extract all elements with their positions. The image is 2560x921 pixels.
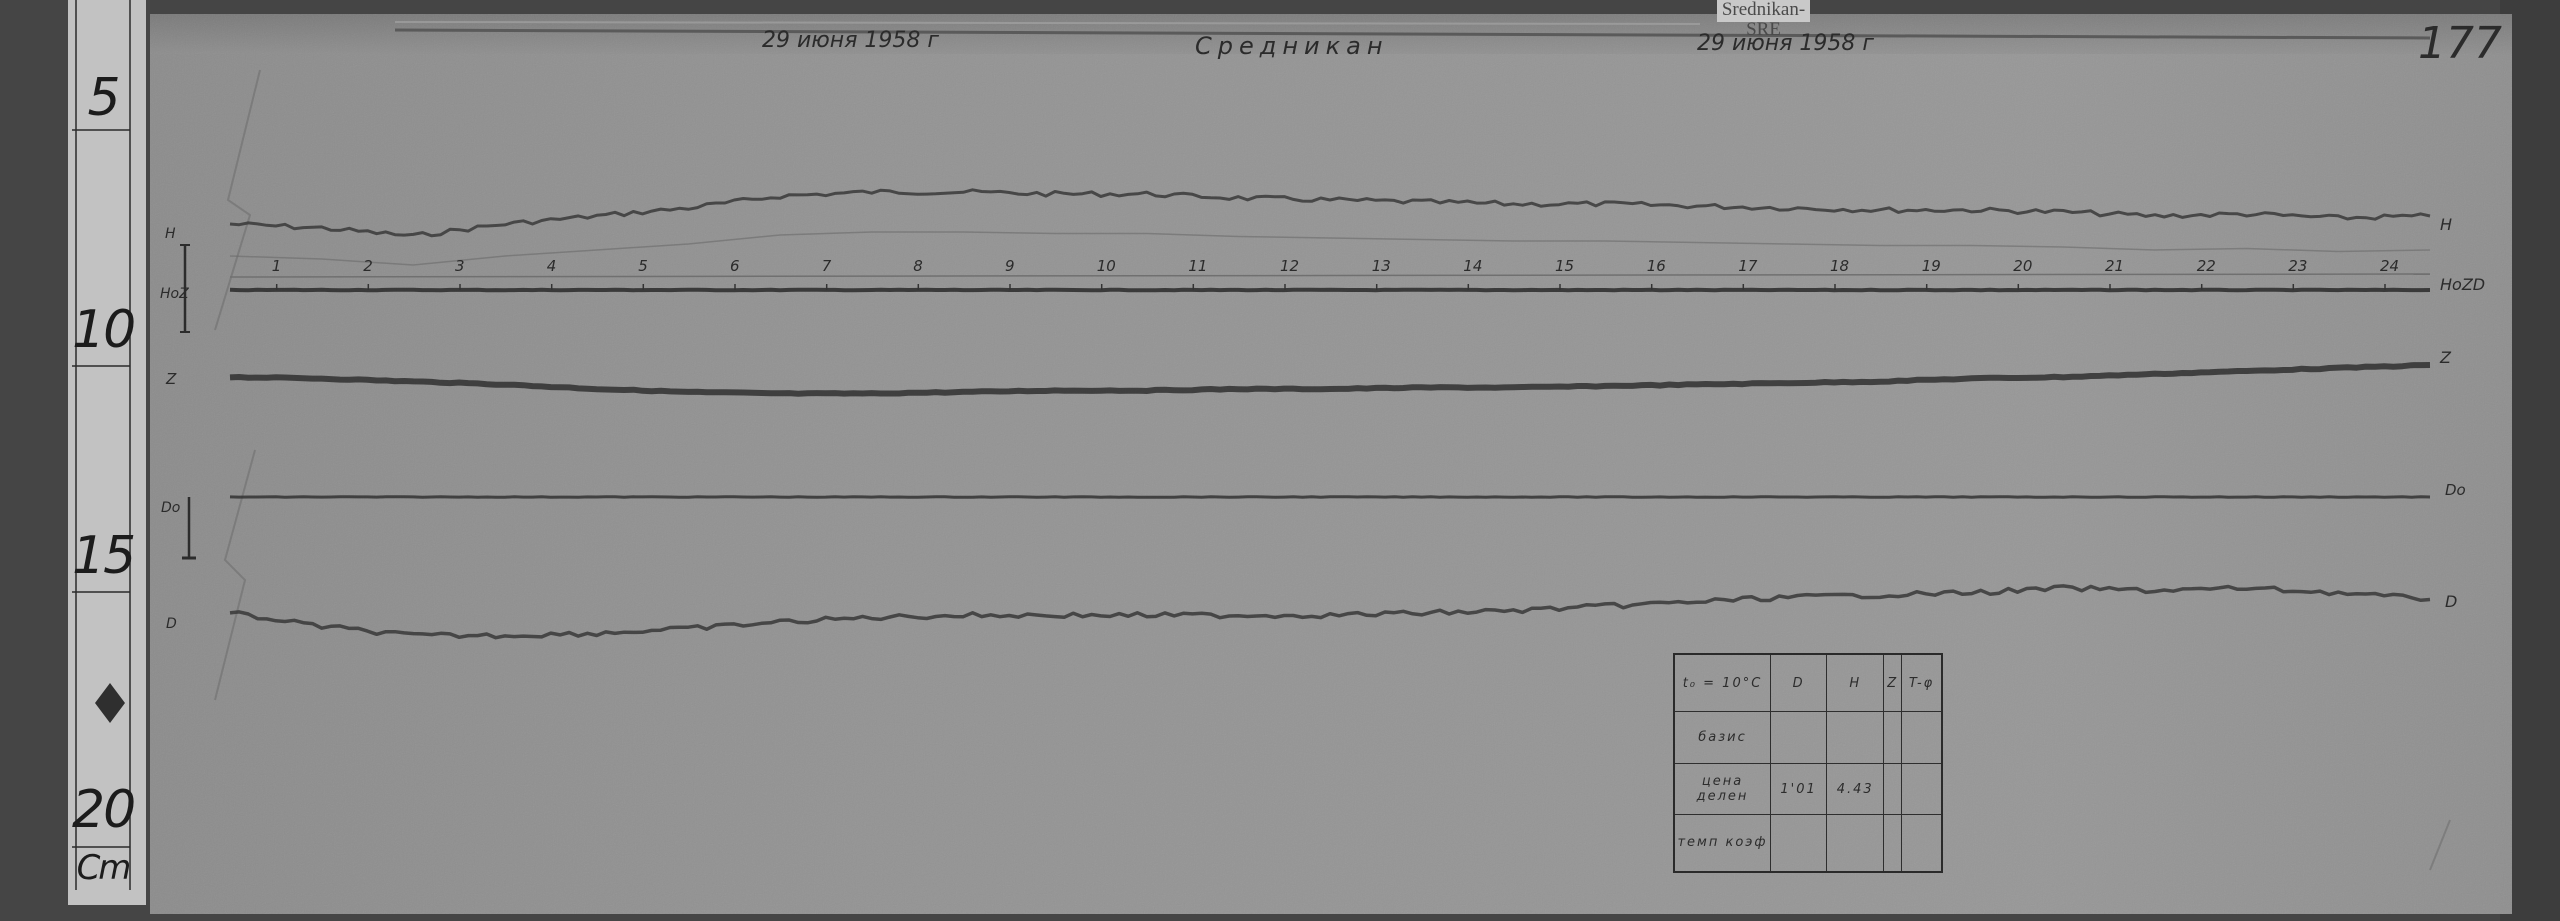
label-d-right: D [2445, 592, 2457, 611]
hour-mark: 18 [1830, 257, 1849, 275]
cell [1902, 712, 1942, 764]
row-label: цена делен [1674, 764, 1771, 814]
row-label: темп коэф [1674, 814, 1771, 872]
table-header-d: D [1771, 654, 1827, 712]
hour-mark: 8 [913, 257, 923, 275]
label-h-right: H [2440, 215, 2452, 234]
hour-mark: 21 [2105, 257, 2124, 275]
hour-mark: 23 [2288, 257, 2307, 275]
label-d0-left: Do [161, 500, 180, 516]
hour-mark: 1 [272, 257, 282, 275]
cell [1902, 814, 1942, 872]
table-row: темп коэф [1674, 814, 1942, 872]
hour-mark: 22 [2197, 257, 2216, 275]
trace-hoz-baseline [230, 290, 2430, 291]
cell [1902, 764, 1942, 814]
sheet-number: 177 [2418, 18, 2502, 69]
hour-mark: 12 [1280, 257, 1299, 275]
trace-do-baseline [230, 497, 2430, 498]
hour-mark: 13 [1372, 257, 1391, 275]
hour-mark: 6 [730, 257, 740, 275]
hour-mark: 24 [2380, 257, 2399, 275]
hour-mark: 9 [1005, 257, 1015, 275]
date-left: 29 июня 1958 г [762, 28, 939, 53]
table-header-h: H [1827, 654, 1884, 712]
hour-mark: 5 [638, 257, 648, 275]
hour-mark: 4 [547, 257, 557, 275]
station-tag: Srednikan-SRE [1717, 0, 1810, 22]
table-header-z: Z [1884, 654, 1902, 712]
hour-mark: 3 [455, 257, 465, 275]
row-label: базис [1674, 712, 1771, 764]
hour-mark: 17 [1738, 257, 1758, 275]
ruler-mark-10: 10 [72, 300, 134, 360]
label-d0-right: Do [2445, 481, 2466, 499]
label-base-right: HoZD [2440, 275, 2485, 294]
cell [1827, 814, 1884, 872]
cell [1771, 712, 1827, 764]
hour-mark: 14 [1463, 257, 1482, 275]
hour-mark: 20 [2013, 257, 2032, 275]
table-row: цена делен 1'01 4.43 [1674, 764, 1942, 814]
ruler-unit: Cm [72, 848, 134, 888]
label-base-left: HoZ [160, 286, 189, 302]
label-z-right: Z [2439, 348, 2452, 367]
cell [1884, 712, 1902, 764]
station-name: Средникан [1195, 32, 1389, 60]
cell: 4.43 [1827, 764, 1884, 814]
hour-mark: 19 [1922, 257, 1941, 275]
hour-mark: 2 [363, 257, 373, 275]
hour-mark: 11 [1188, 257, 1207, 275]
cell [1884, 764, 1902, 814]
ruler-mark-20: 20 [72, 780, 134, 840]
ruler-mark-5: 5 [72, 68, 134, 128]
hour-mark: 15 [1555, 257, 1574, 275]
label-z-left: Z [165, 370, 177, 388]
date-right: 29 июня 1958 г [1697, 31, 1874, 56]
calibration-table: t₀ = 10°C D H Z T-φ базис цена делен 1'0… [1673, 653, 1943, 873]
ruler-mark-15: 15 [72, 526, 134, 586]
cell: 1'01 [1771, 764, 1827, 814]
magnetogram-scan: 123456789101112131415161718192021222324 … [0, 0, 2560, 921]
table-header-temp: t₀ = 10°C [1674, 654, 1771, 712]
hour-mark: 16 [1647, 257, 1666, 275]
hour-mark: 10 [1097, 257, 1116, 275]
cell [1771, 814, 1827, 872]
label-d-left: D [166, 616, 177, 632]
cell [1827, 712, 1884, 764]
table-header-t: T-φ [1902, 654, 1942, 712]
label-h-left: H [165, 226, 176, 242]
table-row: базис [1674, 712, 1942, 764]
hour-mark: 7 [822, 257, 832, 275]
cell [1884, 814, 1902, 872]
